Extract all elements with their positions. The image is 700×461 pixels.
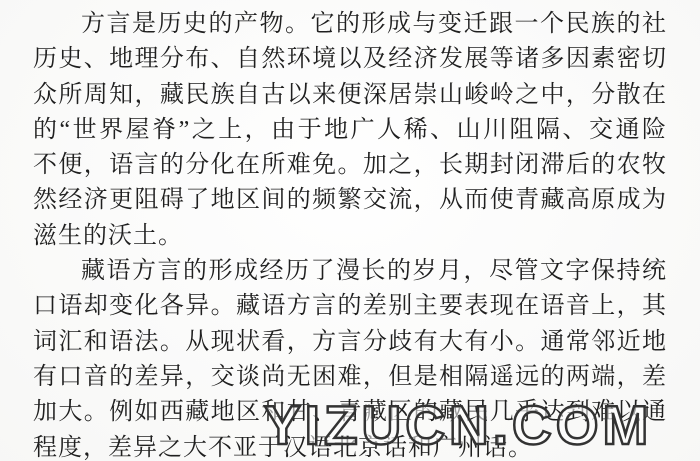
text-line: 滋生的沃土。: [33, 219, 667, 254]
text-line: 加大。例如西藏地区和甘、青藏区的藏民几乎达到难以通话的: [33, 395, 667, 430]
text-line: 程度，差异之大不亚于汉语北京话和广州话。: [33, 431, 667, 461]
text-line: 历史、地理分布、自然环境以及经济发展等诸多因素密切相关。: [33, 42, 667, 77]
text-line: 口语却变化各异。藏语方言的差别主要表现在语音上，其次是: [33, 289, 667, 324]
text-line: 众所周知，藏民族自古以来便深居崇山峻岭之中，分散在辽阔: [33, 78, 667, 113]
document-page: 方言是历史的产物。它的形成与变迁跟一个民族的社会 历史、地理分布、自然环境以及经…: [0, 0, 700, 461]
text-line: 藏语方言的形成经历了漫长的岁月，尽管文字保持统一，: [33, 254, 667, 289]
text-line: 词汇和语法。从现状看，方言分歧有大有小。通常邻近地区只: [33, 325, 667, 360]
text-line: 有口音的差异，交谈尚无困难，但是相隔遥远的两端，差别逐渐: [33, 360, 667, 395]
text-line: 不便，语言的分化在所难免。加之，长期封闭滞后的农牧型自: [33, 148, 667, 183]
text-line: 然经济更阻碍了地区间的频繁交流，从而使青藏高原成为方言: [33, 183, 667, 218]
text-line: 方言是历史的产物。它的形成与变迁跟一个民族的社会: [33, 7, 667, 42]
text-line: 的“世界屋脊”之上，由于地广人稀、山川阻隔、交通险阻、来往: [33, 113, 667, 148]
